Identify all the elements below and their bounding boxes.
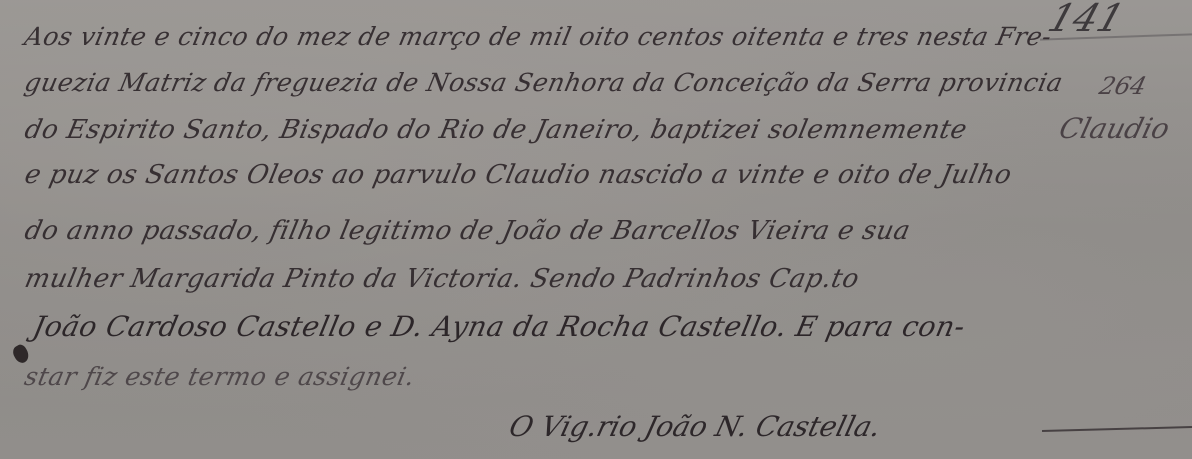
record-line-4: e puz os Santos Oleos ao parvulo Claudio… [22,160,1014,190]
record-line-2: guezia Matriz da freguezia de Nossa Senh… [22,68,1066,97]
footer-rule [1042,426,1192,432]
record-line-1: Aos vinte e cinco do mez de março de mil… [22,22,1054,51]
page-number: 141 [1043,0,1130,40]
record-line-7: João Cardoso Castello e D. Ayna da Rocha… [30,310,968,343]
record-line-3: do Espirito Santo, Bispado do Rio de Jan… [22,115,970,145]
margin-entry-number: 264 [1097,72,1150,100]
record-line-5: do anno passado, filho legitimo de João … [22,216,913,246]
record-line-8: star fiz este termo e assignei. [22,362,418,391]
record-line-6: mulher Margarida Pinto da Victoria. Send… [22,264,862,294]
register-page: 141 264 Claudio Aos vinte e cinco do mez… [0,0,1192,459]
vicar-signature: O Vig.rio João N. Castella. [506,410,885,443]
margin-child-name: Claudio [1056,112,1173,145]
